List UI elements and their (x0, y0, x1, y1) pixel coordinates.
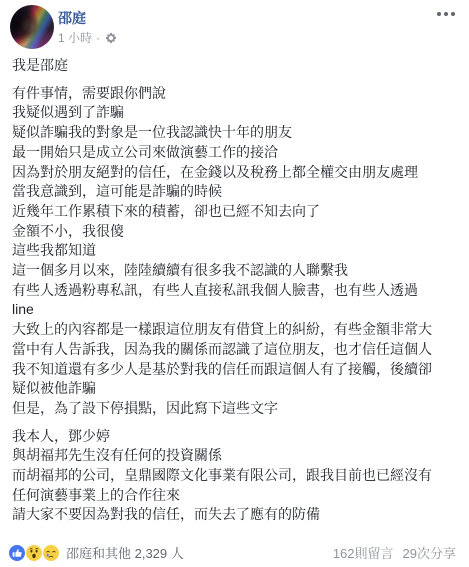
author-name-link[interactable]: 邵庭 (58, 9, 86, 27)
post-meta: 1 小時 · (58, 31, 457, 45)
post-paragraph: 我是邵庭 (12, 56, 457, 76)
privacy-gear-icon (105, 32, 117, 44)
like-thumbs-up-icon[interactable] (8, 543, 26, 561)
ellipsis-icon (451, 12, 455, 16)
post-footer: 邵庭和其他 2,329 人 162則留言 29次分享 (0, 541, 469, 563)
ellipsis-icon (444, 12, 448, 16)
reactions-summary[interactable]: 邵庭和其他 2,329 人 (8, 543, 184, 562)
wow-face-icon[interactable] (25, 543, 43, 561)
post-header: 邵庭 1 小時 · (0, 0, 469, 52)
post-options-button[interactable] (433, 6, 459, 22)
post-header-text: 邵庭 1 小時 · (58, 5, 457, 45)
facebook-post-card: 邵庭 1 小時 · 我是邵庭 有件事情，需要跟你們說 我疑似遇到了詐騙 疑似詐騙… (0, 0, 469, 567)
shares-count[interactable]: 29次分享 (403, 543, 456, 562)
reactions-summary-text[interactable]: 邵庭和其他 2,329 人 (66, 543, 184, 562)
post-body: 我是邵庭 有件事情，需要跟你們說 我疑似遇到了詐騙 疑似詐騙我的對象是一位我認識… (0, 52, 469, 525)
footer-counts: 162則留言 29次分享 (333, 543, 456, 562)
post-timestamp[interactable]: 1 小時 (58, 31, 92, 45)
post-paragraph: 我本人，鄧少婷 與胡福邦先生沒有任何的投資關係 而胡福邦的公司，皇鼎國際文化事業… (12, 427, 457, 526)
profile-avatar[interactable] (10, 5, 54, 49)
comments-count[interactable]: 162則留言 (333, 543, 394, 562)
meta-separator: · (96, 31, 100, 45)
sad-tear-face-icon[interactable] (42, 543, 60, 561)
post-paragraph: 有件事情，需要跟你們說 我疑似遇到了詐騙 疑似詐騙我的對象是一位我認識快十年的朋… (12, 84, 457, 419)
ellipsis-icon (437, 12, 441, 16)
